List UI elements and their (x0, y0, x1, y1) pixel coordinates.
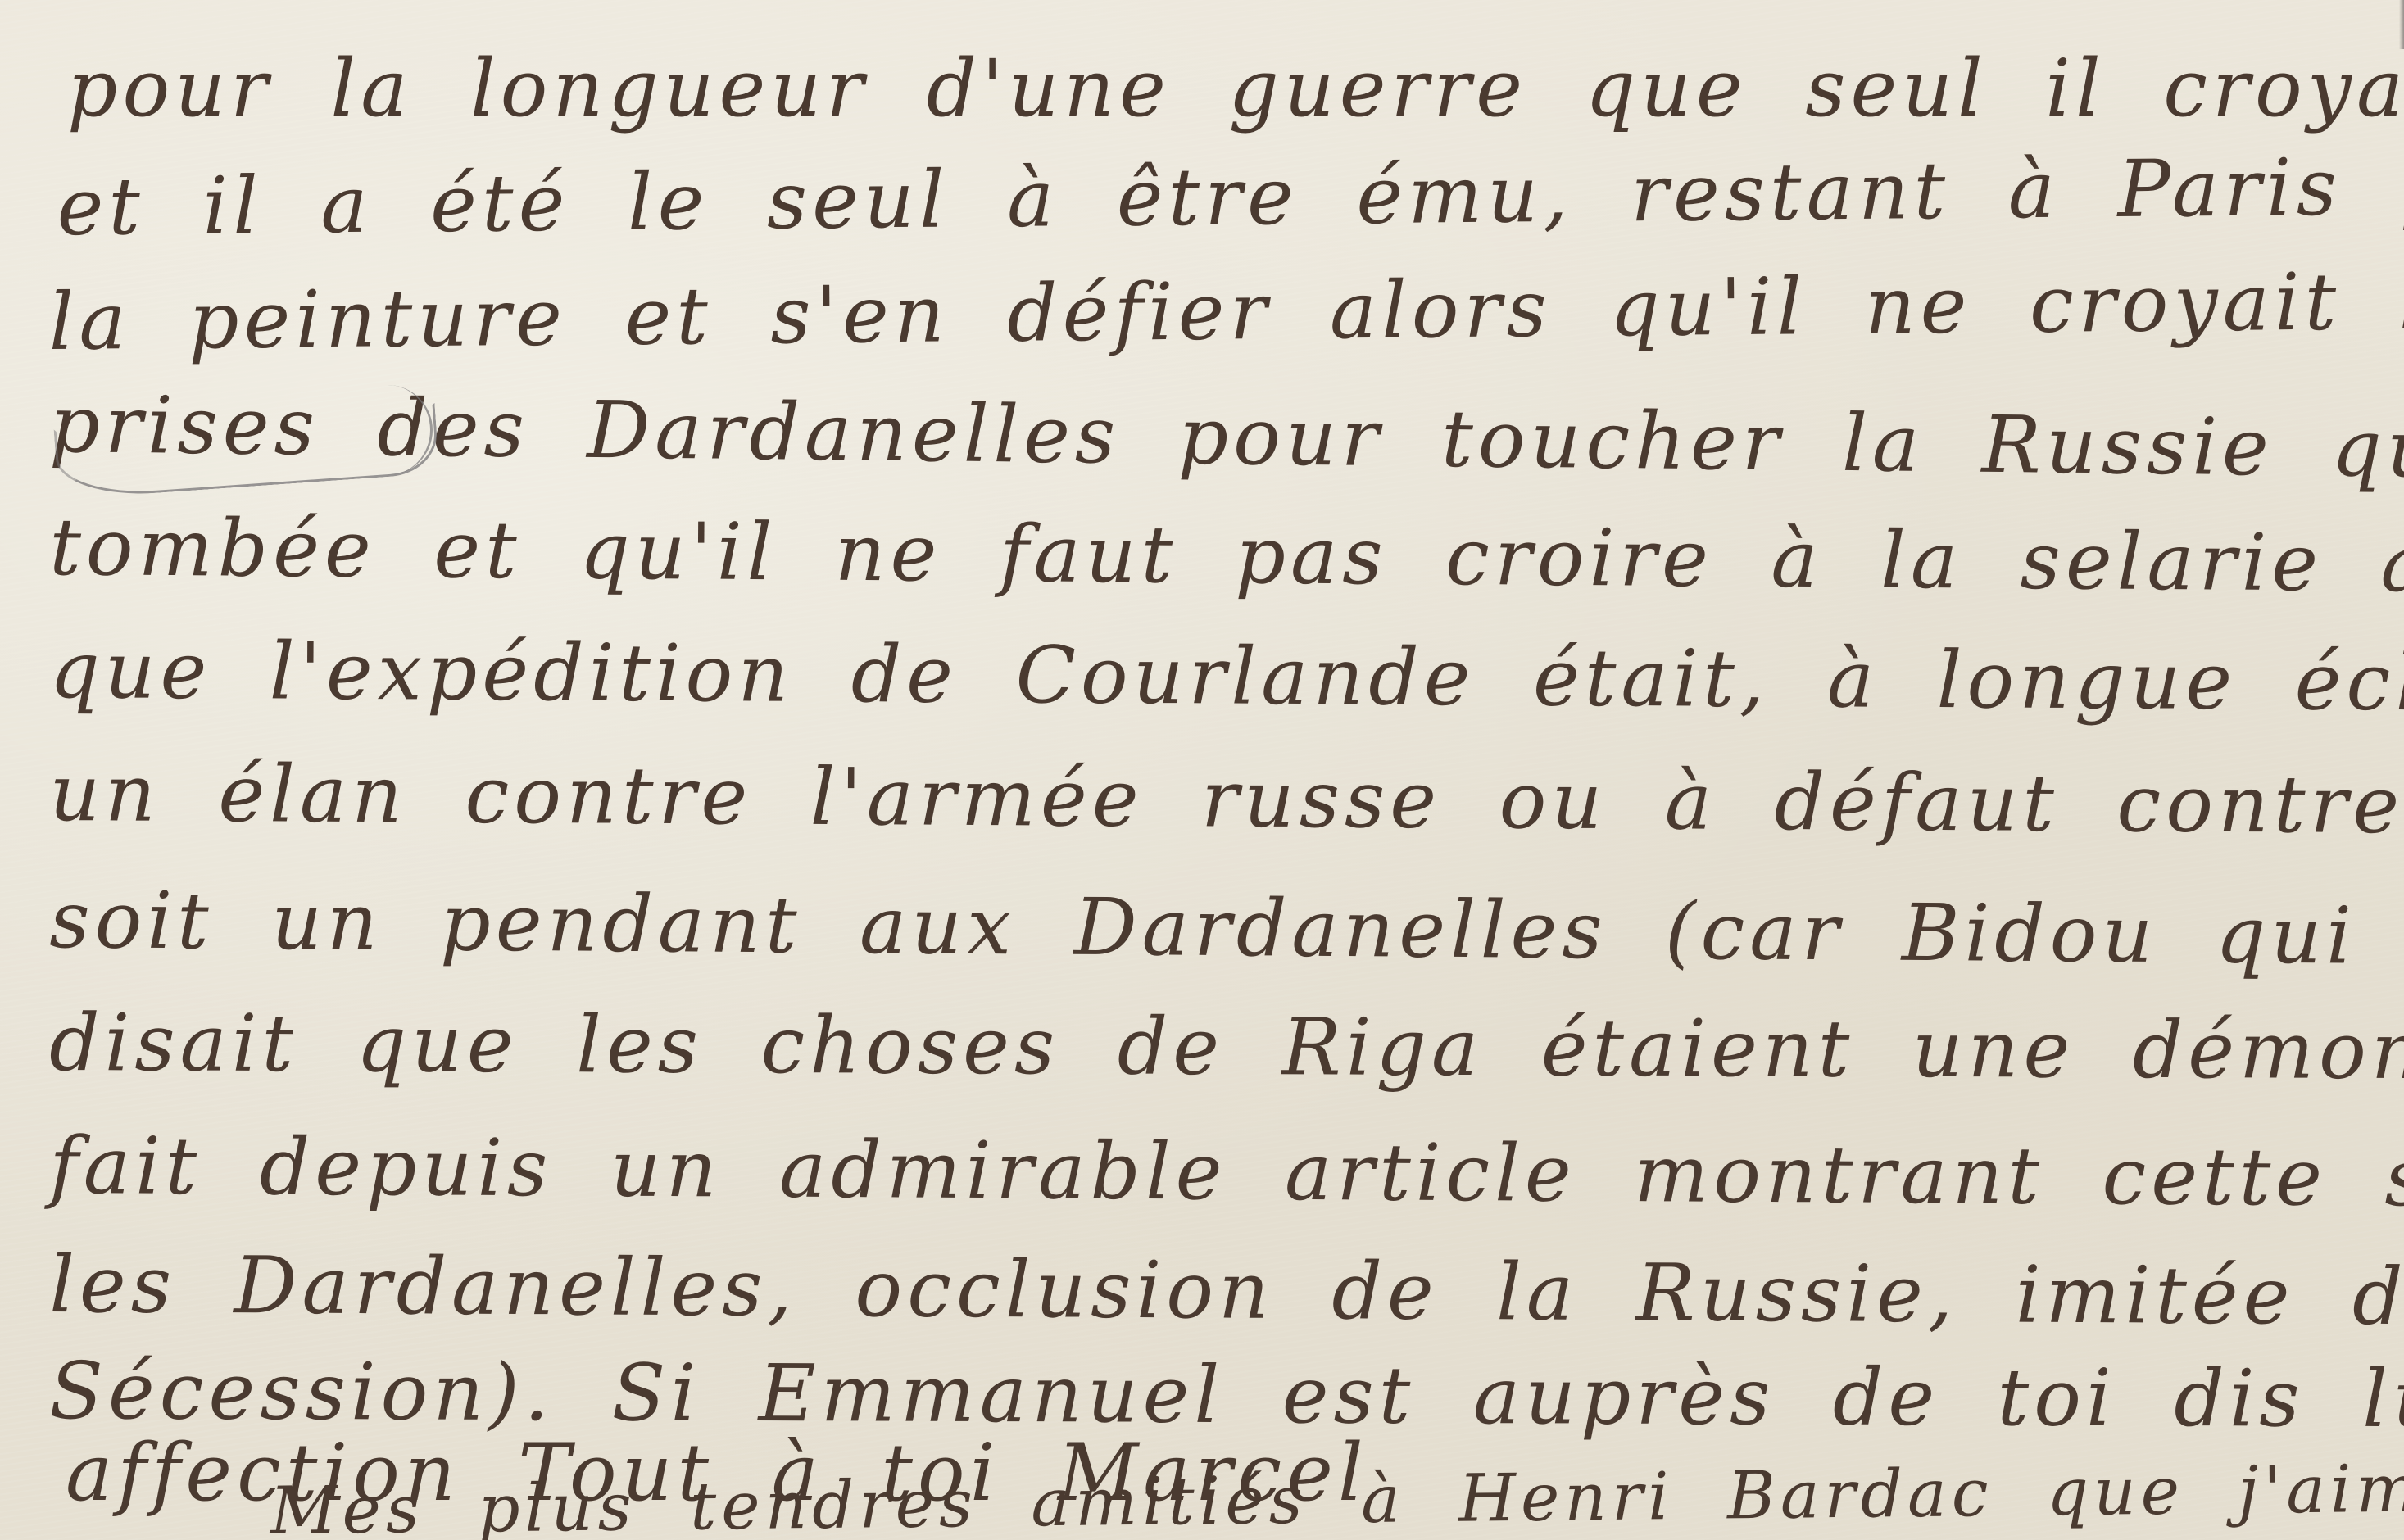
letter-line-10: fait depuis un admirable article montran… (49, 1126, 2404, 1221)
letter-line-1: pour la longueur d'une guerre que seul i… (67, 49, 2404, 128)
letter-line-5: tombée et qu'il ne faut pas croire à la … (49, 508, 2404, 606)
letter-line-2: et il a été le seul à être ému, restant … (57, 143, 2404, 247)
letter-line-8: soit un pendant aux Dardanelles (car Bid… (49, 881, 2404, 981)
letter-line-3: la peinture et s'en défier alors qu'il n… (48, 258, 2404, 361)
letter-line-9: disait que les choses de Riga étaient un… (49, 1003, 2404, 1092)
letter-line-6: que l'expédition de Courlande était, à l… (49, 631, 2404, 725)
letter-line-7: un élan contre l'armée russe ou à défaut… (49, 754, 2404, 847)
letter-line-11: les Dardanelles, occlusion de la Russie,… (49, 1245, 2404, 1340)
paper-edge (2399, 0, 2404, 49)
